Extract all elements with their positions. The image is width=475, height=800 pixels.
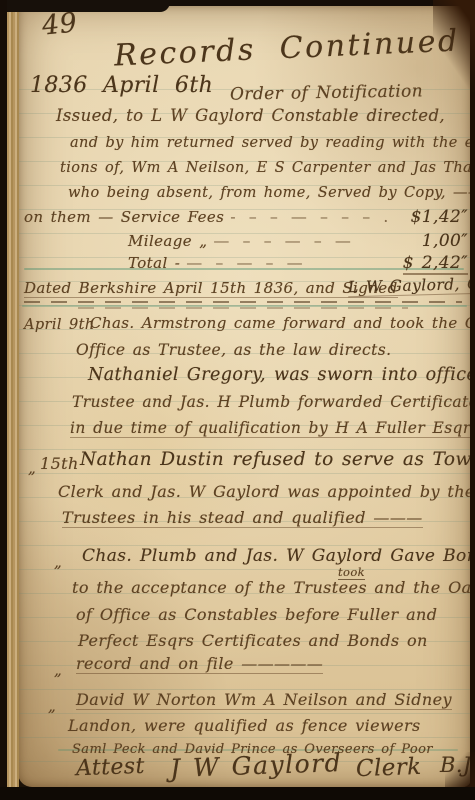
entry-line: Trustees in his stead and qualified ——— <box>62 508 423 528</box>
entry-line: Perfect Esqrs Certificates and Bonds on <box>78 631 428 650</box>
binding-corner-bottom-right <box>445 752 475 792</box>
dated-line: Dated Berkshire April 15th 1836, and Sig… <box>24 279 398 298</box>
entry-date: 1836 April 6th <box>30 73 213 98</box>
fee-label: Total - <box>128 254 180 272</box>
dash-underline <box>78 307 408 309</box>
ditto-mark: „ <box>28 459 36 477</box>
entry-line: David W Norton Wm A Neilson and Sidney <box>76 690 452 710</box>
fee-dash-fill: - – – — – – – . <box>224 207 410 226</box>
entry-line: Nathaniel Gregory, was sworn into office… <box>88 365 475 385</box>
entry-line: to the acceptance of the Trustees and th… <box>72 578 475 597</box>
ditto-mark: „ <box>48 697 56 715</box>
entry-line: in due time of qualification by H A Full… <box>70 419 471 438</box>
margin-date: 15th <box>40 454 79 473</box>
ditto-mark: „ <box>54 661 62 679</box>
entry-heading: Order of Notification <box>230 81 423 104</box>
entry-line: Chas. Armstrong came forward and took th… <box>90 314 475 332</box>
entry-line: who being absent, from home, Served by C… <box>68 185 475 201</box>
fee-label: Mileage „ <box>128 232 207 250</box>
ledger-page: 49 Records Continued 1836 April 6th Orde… <box>18 5 471 787</box>
binding-edge-right <box>470 0 475 800</box>
clerk-title: Clerk <box>356 754 422 782</box>
attest-label: Attest <box>76 754 146 781</box>
fee-label: on them — Service Fees <box>24 208 224 226</box>
fee-value-total: $ 2,42″ <box>403 253 468 275</box>
entry-line: Office as Trustee, as the law directs. <box>76 341 391 359</box>
fee-value: 1,00″ <box>422 231 468 251</box>
entry-line: of Office as Constables before Fuller an… <box>76 605 437 624</box>
entry-line: record and on file ————— <box>76 654 323 674</box>
fee-dash-fill: — – — – — <box>180 253 402 272</box>
constable-signature: L W Gaylord, Const– <box>348 274 475 298</box>
fee-row-total: Total - — – — – — $ 2,42″ <box>128 253 468 275</box>
entry-line: Clerk and Jas. W Gaylord was appointed b… <box>58 482 475 501</box>
margin-date: April 9th <box>24 317 95 333</box>
entry-line: and by him returned served by reading wi… <box>70 135 475 151</box>
binding-corner-top-right <box>433 0 475 92</box>
entry-line: tions of, Wm A Neilson, E S Carpenter an… <box>60 160 475 176</box>
entry-line: Trustee and Jas. H Plumb forwarded Certi… <box>72 393 475 411</box>
binding-edge-bottom <box>0 787 475 800</box>
clerk-signature: J W Gaylord <box>170 748 343 783</box>
binding-corner-top-left <box>0 0 170 12</box>
page-number: 49 <box>40 7 78 42</box>
fee-row-service: on them — Service Fees - – – — – – – . $… <box>24 207 468 227</box>
fee-value: $1,42″ <box>411 207 468 227</box>
page-leaf-edges <box>7 2 19 794</box>
ledger-photo: 49 Records Continued 1836 April 6th Orde… <box>0 0 475 800</box>
fee-row-mileage: Mileage „ — – – — – — 1,00″ <box>128 231 468 251</box>
binding-edge-left <box>0 0 7 800</box>
entry-line: Chas. Plumb and Jas. W Gaylord Gave Bond… <box>82 546 475 566</box>
dash-underline <box>24 301 462 303</box>
fee-dash-fill: — – – — – — <box>207 231 421 250</box>
entry-line: Nathan Dustin refused to serve as Townsh… <box>80 449 475 470</box>
ditto-mark: „ <box>54 553 62 571</box>
entry-line: Landon, were qualified as fence viewers <box>68 716 421 735</box>
entry-line: Issued, to L W Gaylord Constable directe… <box>56 106 445 125</box>
